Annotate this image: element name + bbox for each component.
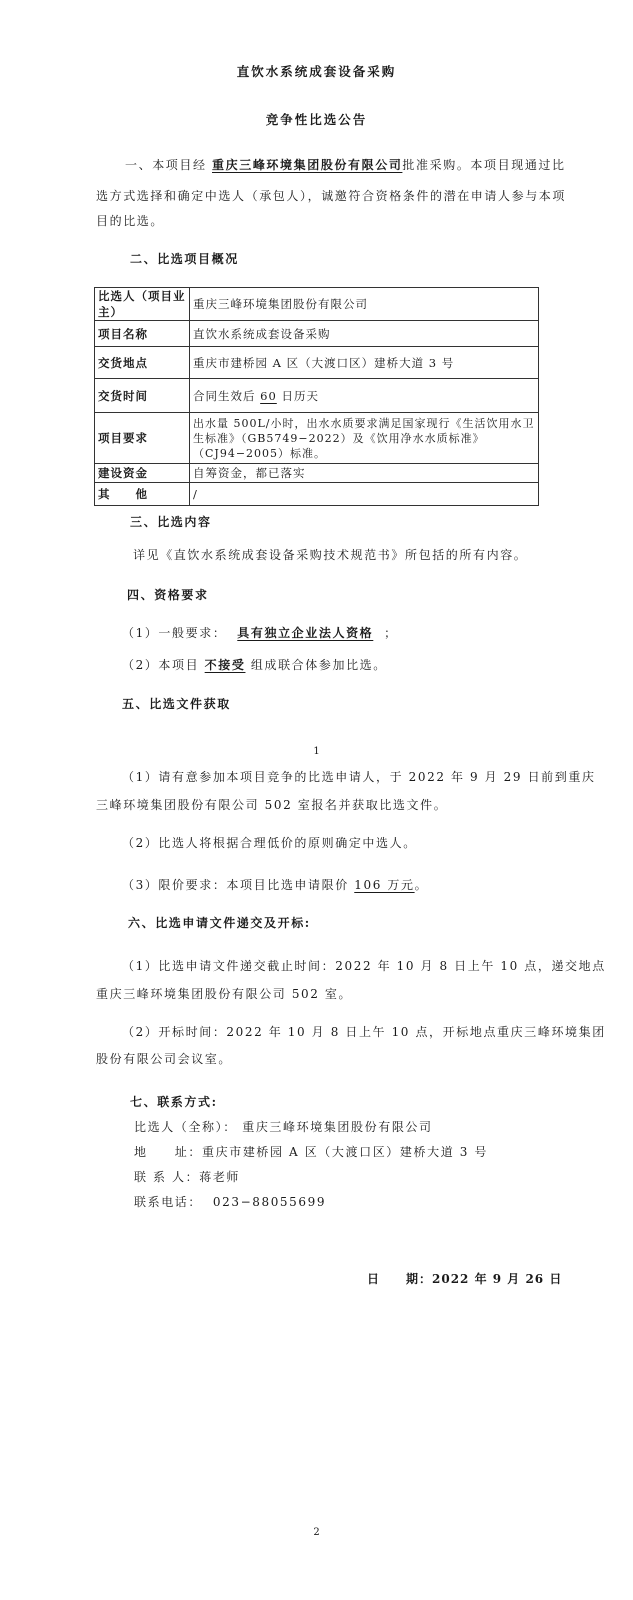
- contact-value: 023−88055699: [213, 1195, 326, 1209]
- contact-row: 联系电话： 023−88055699: [134, 1193, 326, 1210]
- table-key: 项目名称: [95, 321, 190, 347]
- table-key: 交货时间: [95, 379, 190, 413]
- table-key: 建设资金: [95, 464, 190, 483]
- qualification-2-value: 不接受: [205, 658, 246, 672]
- document-acquisition-item-2: （2）比选人将根据合理低价的原则确定中选人。: [122, 834, 417, 851]
- contact-value: 蒋老师: [199, 1170, 240, 1184]
- document-acquisition-item-1-line-2: 三峰环境集团股份有限公司 502 室报名并获取比选文件。: [96, 796, 447, 813]
- table-key: 项目要求: [95, 413, 190, 464]
- document-title: 直饮水系统成套设备采购: [0, 62, 633, 80]
- table-value: /: [190, 483, 539, 506]
- contact-label: 比选人（全称）：: [134, 1120, 237, 1134]
- contact-value: 重庆市建桥园 A 区（大渡口区）建桥大道 3 号: [202, 1145, 488, 1159]
- table-row: 项目名称 直饮水系统成套设备采购: [95, 321, 539, 347]
- price-limit-value: 106 万元: [354, 878, 414, 892]
- section-2-heading: 二、比选项目概况: [130, 250, 239, 267]
- table-value: 出水量 500L/小时，出水水质要求满足国家现行《生活饮用水卫生标准》（GB57…: [190, 413, 539, 464]
- table-key: 其 他: [95, 483, 190, 506]
- contact-row: 地 址：重庆市建桥园 A 区（大渡口区）建桥大道 3 号: [134, 1143, 488, 1160]
- intro-line-2: 选方式选择和确定中选人（承包人），诚邀符合资格条件的潜在申请人参与本项: [96, 187, 566, 204]
- price-limit-suffix: 。: [415, 878, 429, 892]
- intro-prefix: 一、本项目经: [125, 158, 212, 172]
- contact-label: 联系电话：: [134, 1195, 202, 1209]
- table-row: 交货地点 重庆市建桥园 A 区（大渡口区）建桥大道 3 号: [95, 347, 539, 379]
- project-overview-table: 比选人（项目业主） 重庆三峰环境集团股份有限公司 项目名称 直饮水系统成套设备采…: [94, 287, 539, 506]
- intro-line-1: 一、本项目经 重庆三峰环境集团股份有限公司批准采购。本项目现通过比: [125, 156, 566, 173]
- table-value: 重庆市建桥园 A 区（大渡口区）建桥大道 3 号: [190, 347, 539, 379]
- submission-item-2-line-1: （2）开标时间：2022 年 10 月 8 日上午 10 点，开标地点重庆三峰环…: [122, 1023, 606, 1040]
- delivery-time-prefix: 合同生效后: [193, 389, 260, 403]
- contact-row: 比选人（全称）： 重庆三峰环境集团股份有限公司: [134, 1118, 433, 1135]
- table-value: 直饮水系统成套设备采购: [190, 321, 539, 347]
- section-4-heading: 四、资格要求: [127, 586, 209, 603]
- submission-item-1-line-2: 重庆三峰环境集团股份有限公司 502 室。: [96, 985, 352, 1002]
- table-row: 比选人（项目业主） 重庆三峰环境集团股份有限公司: [95, 288, 539, 321]
- document-acquisition-item-3: （3）限价要求：本项目比选申请限价 106 万元。: [122, 876, 428, 893]
- table-key: 比选人（项目业主）: [95, 288, 190, 321]
- contact-label: 地 址：: [134, 1145, 202, 1159]
- intro-line-3: 目的比选。: [96, 212, 164, 229]
- submission-item-1-line-1: （1）比选申请文件递交截止时间：2022 年 10 月 8 日上午 10 点，递…: [122, 957, 606, 974]
- table-row: 交货时间 合同生效后 60 日历天: [95, 379, 539, 413]
- delivery-days: 60: [260, 389, 277, 403]
- table-value: 合同生效后 60 日历天: [190, 379, 539, 413]
- qualification-item-1: （1）一般要求： 具有独立企业法人资格 ；: [122, 624, 398, 641]
- table-row: 其 他 /: [95, 483, 539, 506]
- table-value: 自筹资金，都已落实: [190, 464, 539, 483]
- section-5-heading: 五、比选文件获取: [122, 695, 231, 712]
- price-limit-prefix: （3）限价要求：本项目比选申请限价: [122, 878, 354, 892]
- submission-item-2-line-2: 股份有限公司会议室。: [96, 1050, 232, 1067]
- document-date: 日 期：2022 年 9 月 26 日: [367, 1270, 562, 1287]
- page-number-2: 2: [0, 1527, 633, 1538]
- contact-label: 联 系 人：: [134, 1170, 199, 1184]
- qualification-2-prefix: （2）本项目: [122, 658, 205, 672]
- delivery-time-suffix: 日历天: [277, 389, 319, 403]
- section-3-heading: 三、比选内容: [130, 513, 212, 530]
- document-subtitle: 竞争性比选公告: [0, 110, 633, 128]
- table-key: 交货地点: [95, 347, 190, 379]
- intro-suffix: 批准采购。本项目现通过比: [402, 158, 565, 172]
- qualification-1-suffix: ；: [384, 626, 398, 640]
- section-3-body: 详见《直饮水系统成套设备采购技术规范书》所包括的所有内容。: [133, 546, 527, 563]
- contact-row: 联 系 人：蒋老师: [134, 1168, 240, 1185]
- section-6-heading: 六、比选申请文件递交及开标:: [128, 914, 311, 931]
- table-row: 项目要求 出水量 500L/小时，出水水质要求满足国家现行《生活饮用水卫生标准》…: [95, 413, 539, 464]
- document-acquisition-item-1-line-1: （1）请有意参加本项目竞争的比选申请人，于 2022 年 9 月 29 日前到重…: [122, 768, 596, 785]
- qualification-item-2: （2）本项目 不接受 组成联合体参加比选。: [122, 656, 387, 673]
- table-row: 建设资金 自筹资金，都已落实: [95, 464, 539, 483]
- page-number-1: 1: [0, 746, 633, 757]
- qualification-1-prefix: （1）一般要求：: [122, 626, 226, 640]
- table-value: 重庆三峰环境集团股份有限公司: [190, 288, 539, 321]
- section-7-heading: 七、联系方式:: [130, 1093, 218, 1110]
- intro-company: 重庆三峰环境集团股份有限公司: [212, 158, 402, 172]
- contact-value: 重庆三峰环境集团股份有限公司: [242, 1120, 432, 1134]
- qualification-1-value: 具有独立企业法人资格: [237, 626, 373, 640]
- qualification-2-suffix: 组成联合体参加比选。: [245, 658, 386, 672]
